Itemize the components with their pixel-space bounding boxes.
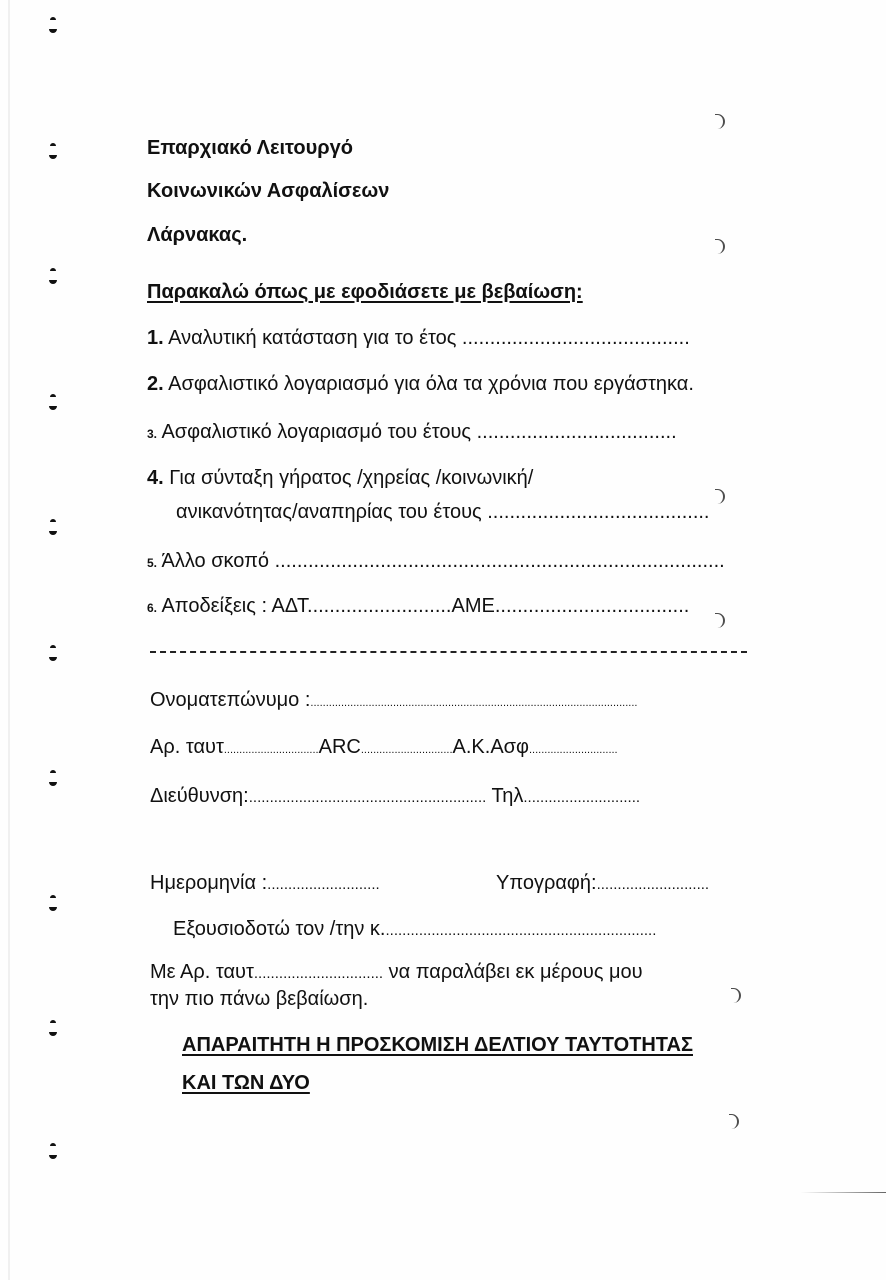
item-text: Αποδείξεις : ΑΔΤ (161, 595, 307, 617)
item-text: ανικανότητας/αναπηρίας του έτους (176, 501, 487, 523)
phone-field[interactable]: ............................ (523, 789, 640, 806)
item-number: 1. (147, 326, 164, 350)
request-item-5: 5. Άλλο σκοπό ..........................… (147, 549, 725, 575)
fullname-label: Ονοματεπώνυμο : (150, 689, 310, 711)
section-separator (150, 651, 747, 653)
authorization-line-2: Με Αρ. ταυτ.............................… (150, 960, 643, 986)
address-field[interactable]: ........................................… (249, 789, 487, 806)
adt-field[interactable]: .......................... (307, 595, 451, 617)
id-label: Αρ. ταυτ (150, 736, 224, 758)
authorization-line-3: την πιο πάνω βεβαίωση. (150, 987, 368, 1011)
date-signature-row: Ημερομηνία :........................... (150, 871, 380, 897)
item-number: 3. (147, 422, 157, 446)
address-label: Διεύθυνση: (150, 785, 249, 807)
request-item-4-continued: ανικανότητας/αναπηρίας του έτους .......… (176, 500, 709, 524)
arc-field[interactable]: .............................. (361, 744, 453, 756)
addressee-line-1: Επαρχιακό Λειτουργό (147, 136, 353, 160)
scanned-form-page: Επαρχιακό Λειτουργό Κοινωνικών Ασφαλίσεω… (0, 0, 886, 1280)
signature-field[interactable]: ........................... (597, 876, 710, 893)
social-insurance-field[interactable]: ............................. (529, 744, 618, 756)
social-insurance-label: Α.Κ.Ασφ (453, 736, 529, 758)
item-text: Αναλυτική κατάσταση για το έτος (168, 327, 462, 349)
request-item-3: 3. Ασφαλιστικό λογαριασμό του έτους ....… (147, 420, 677, 446)
id-row: Αρ. ταυτ...............................A… (150, 735, 618, 762)
punch-hole-mark (49, 770, 57, 786)
punch-hole-mark (49, 394, 57, 410)
addressee-line-3: Λάρνακας. (147, 223, 247, 247)
fill-in-year-field[interactable]: ........................................… (462, 327, 690, 349)
phone-label: Τηλ (486, 785, 523, 807)
authorized-id-field[interactable]: ............................... (254, 965, 383, 982)
punch-hole-mark (49, 268, 57, 284)
punch-hole-mark (49, 1143, 57, 1159)
scan-edge-line (800, 1192, 886, 1193)
punch-hole-mark (49, 1020, 57, 1036)
punch-hole-mark (49, 645, 57, 661)
authorization-text: να παραλάβει εκ μέρους μου (383, 961, 643, 983)
addressee-line-2: Κοινωνικών Ασφαλίσεων (147, 179, 389, 203)
notice-line-2: ΚΑΙ ΤΩΝ ΔΥΟ (182, 1071, 310, 1095)
date-field[interactable]: ........................... (267, 876, 380, 893)
scan-mark (715, 239, 725, 254)
punch-hole-mark (49, 17, 57, 33)
punch-hole-mark (49, 895, 57, 911)
id-number-field[interactable]: ............................... (224, 744, 319, 756)
request-item-2: 2. Ασφαλιστικό λογαριασμό για όλα τα χρό… (147, 372, 694, 396)
item-text: Άλλο σκοπό (161, 550, 274, 572)
item-number: 6. (147, 596, 157, 620)
fullname-row: Ονοματεπώνυμο :.........................… (150, 688, 637, 715)
authorization-line-1: Εξουσιοδοτώ τον /την κ..................… (173, 917, 656, 943)
item-text: Ασφαλιστικό λογαριασμό για όλα τα χρόνια… (168, 373, 694, 395)
scan-mark (729, 1114, 739, 1129)
request-item-4: 4. Για σύνταξη γήρατος /χηρείας /κοινωνι… (147, 466, 533, 490)
notice-line-1: ΑΠΑΡΑΙΤΗΤΗ Η ΠΡΟΣΚΟΜΙΣΗ ΔΕΛΤΙΟΥ ΤΑΥΤΟΤΗΤ… (182, 1033, 693, 1057)
punch-hole-mark (49, 519, 57, 535)
authorization-text: Με Αρ. ταυτ (150, 961, 254, 983)
item-number: 4. (147, 466, 164, 490)
authorization-text: Εξουσιοδοτώ τον /την κ. (173, 918, 385, 940)
item-text: Ασφαλιστικό λογαριασμό του έτους (161, 421, 476, 443)
scan-mark (715, 114, 725, 129)
item-text: Για σύνταξη γήρατος /χηρείας /κοινωνική/ (169, 467, 533, 489)
date-label: Ημερομηνία : (150, 872, 267, 894)
request-item-6: 6. Αποδείξεις : ΑΔΤ.....................… (147, 594, 689, 620)
request-item-1: 1. Αναλυτική κατάσταση για το έτος .....… (147, 326, 690, 350)
address-row: Διεύθυνση:..............................… (150, 784, 640, 810)
scan-mark (715, 489, 725, 504)
item-text: ΑΜΕ (452, 595, 495, 617)
page-edge (8, 0, 10, 1280)
punch-hole-mark (49, 143, 57, 159)
fill-in-year-field[interactable]: ........................................ (487, 501, 709, 523)
arc-label: ARC (319, 736, 361, 758)
item-number: 5. (147, 551, 157, 575)
item-number: 2. (147, 372, 164, 396)
signature-group: Υπογραφή:........................... (496, 871, 709, 897)
ame-field[interactable]: ................................... (495, 595, 689, 617)
fullname-field[interactable]: ........................................… (310, 697, 637, 709)
scan-mark (715, 613, 725, 628)
authorized-person-field[interactable]: ........................................… (385, 922, 656, 939)
scan-mark (731, 988, 741, 1003)
fill-in-year-field[interactable]: .................................... (477, 421, 677, 443)
other-purpose-field[interactable]: ........................................… (275, 550, 725, 572)
signature-label: Υπογραφή: (496, 872, 597, 894)
request-title: Παρακαλώ όπως με εφοδιάσετε με βεβαίωση: (147, 280, 583, 304)
